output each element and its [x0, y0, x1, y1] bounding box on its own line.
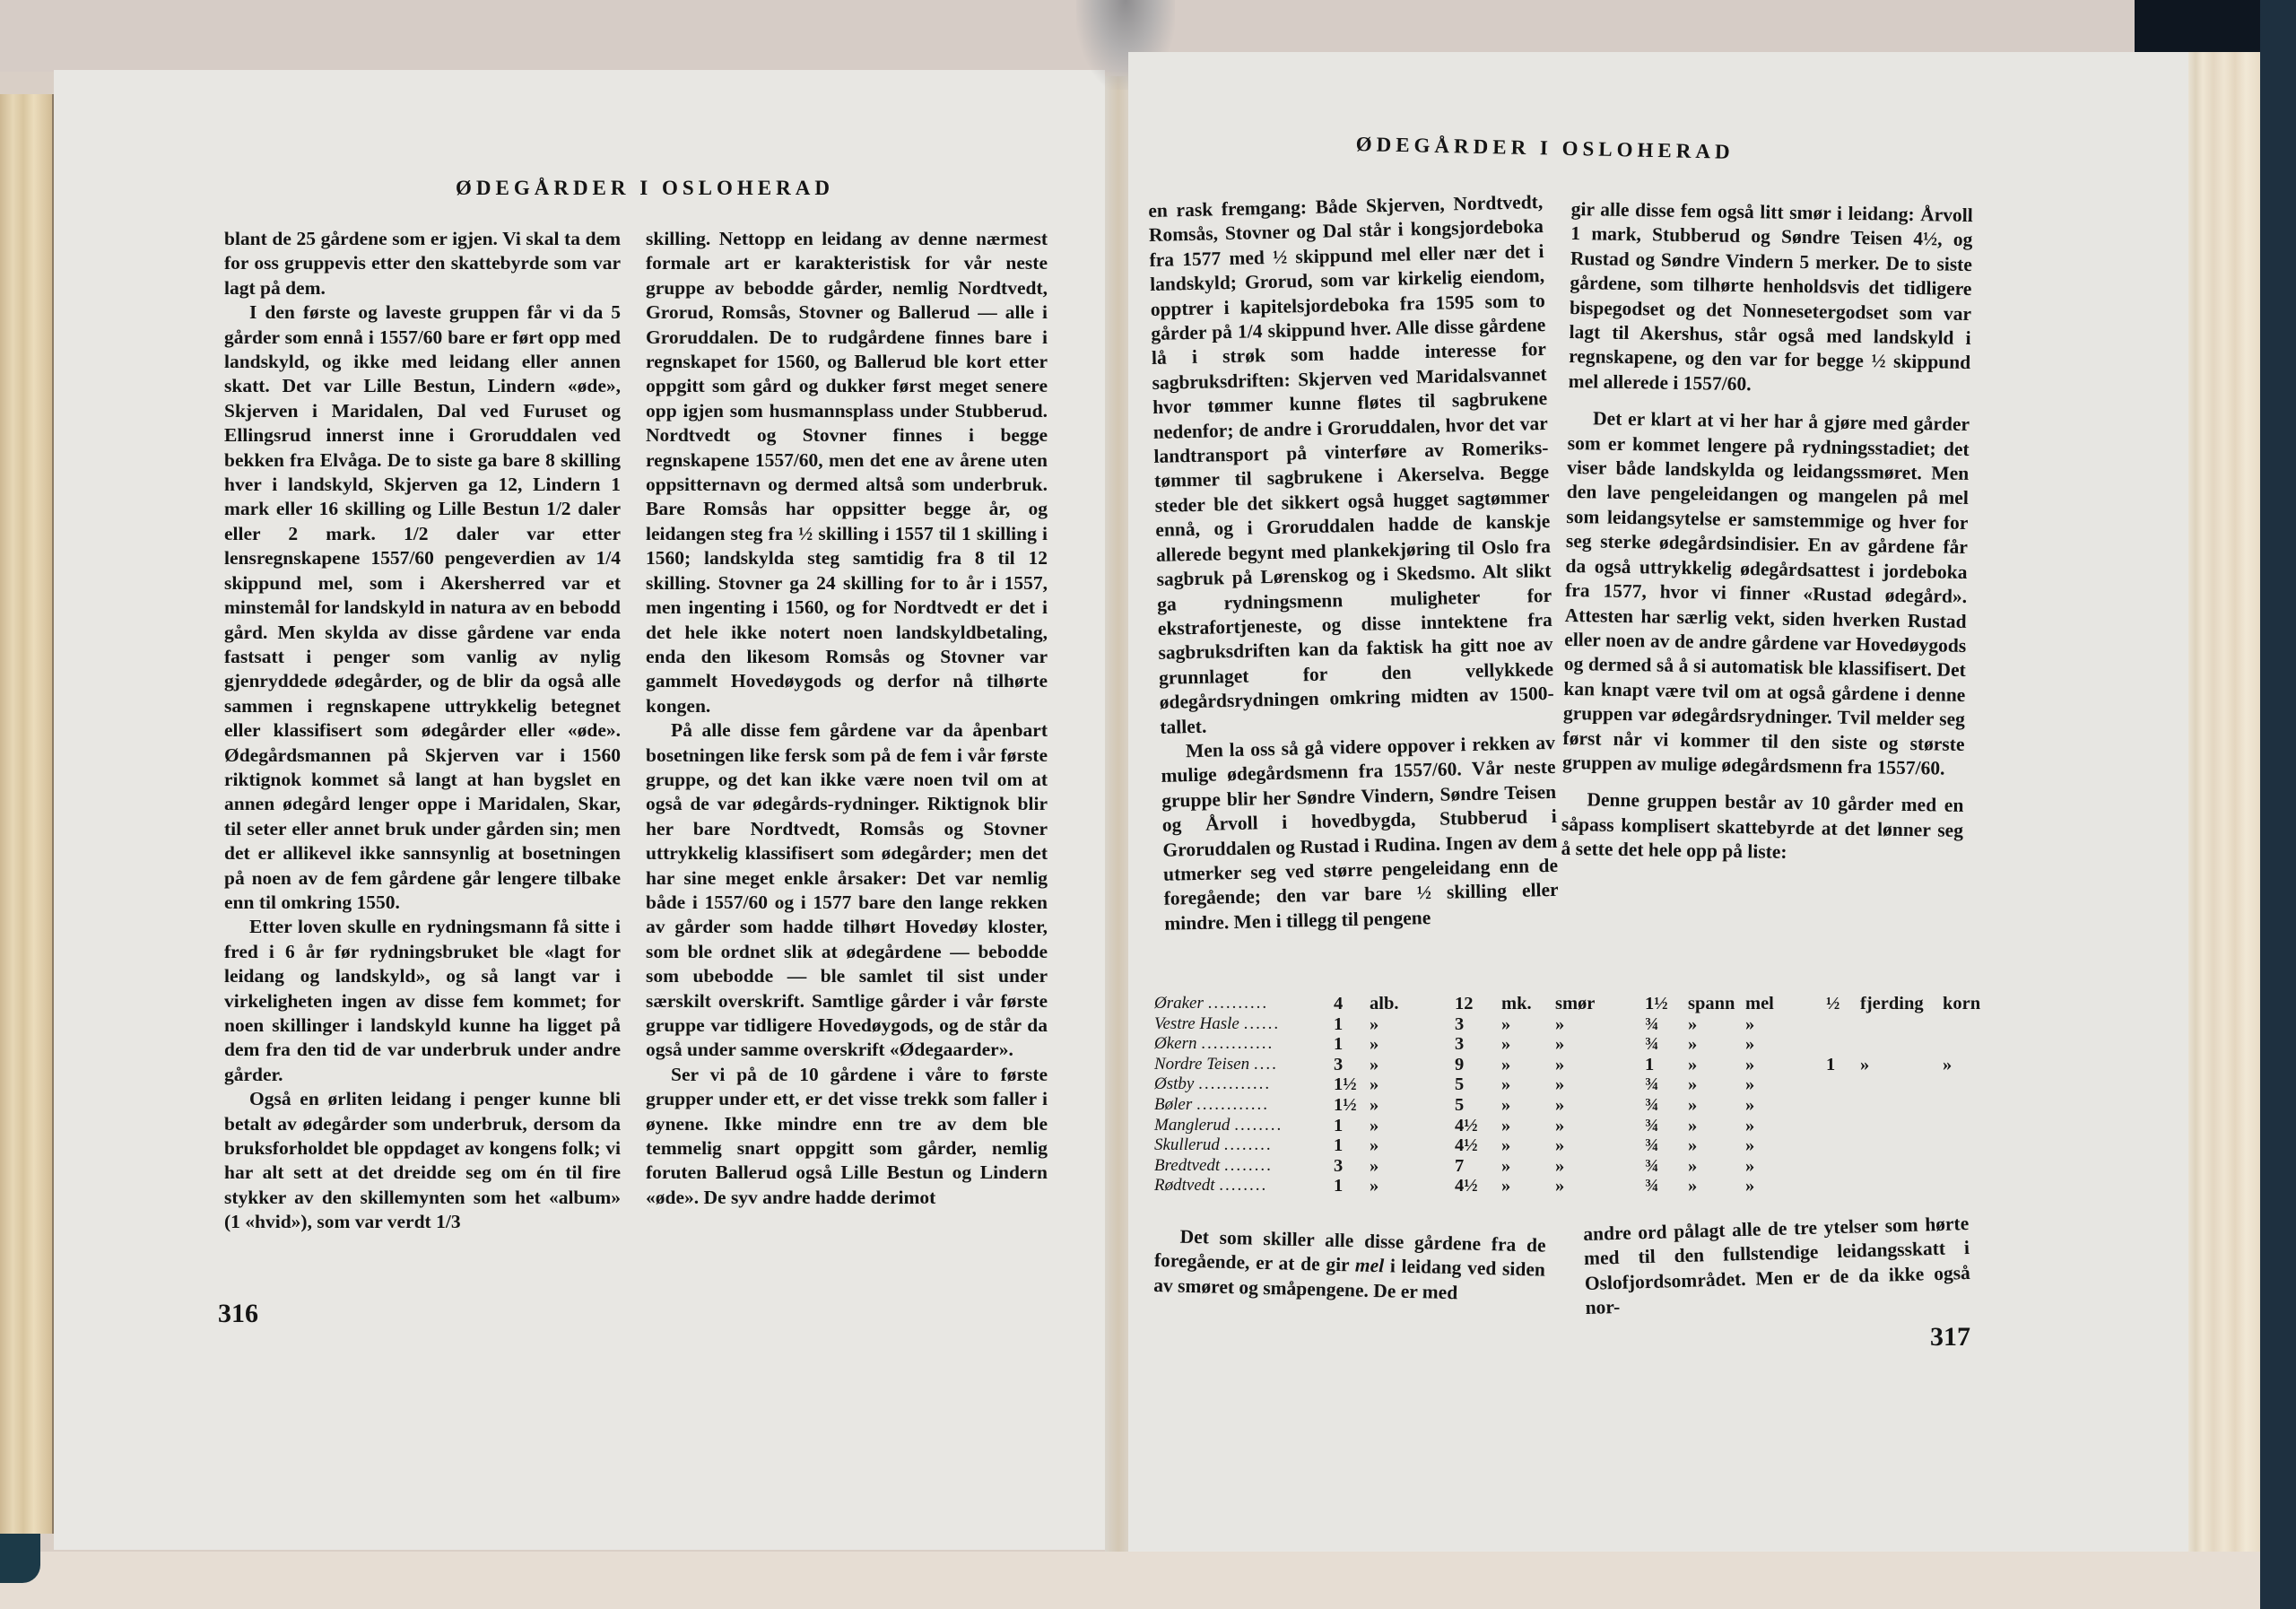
- cell-fj-u: »: [1860, 1055, 1943, 1075]
- table-row: Vestre Hasle ......1»3»»¾»»: [1154, 1014, 1996, 1035]
- cell-sp-u: »: [1688, 1156, 1745, 1177]
- table-row: Økern ............1»3»»¾»»: [1154, 1034, 1996, 1055]
- farm-name: Skullerud ........: [1154, 1135, 1334, 1156]
- leader-dots: ....: [1254, 1055, 1278, 1074]
- cell-sp-u: »: [1688, 1095, 1745, 1116]
- cell-sp-w: »: [1745, 1116, 1826, 1136]
- cell-mk-w: »: [1555, 1055, 1645, 1075]
- cell-sp-w: »: [1745, 1014, 1826, 1035]
- cell-sp-u: »: [1688, 1034, 1745, 1055]
- leader-dots: ........: [1219, 1176, 1267, 1195]
- cell-fj-n: [1826, 1014, 1860, 1035]
- paragraph: Denne gruppen består av 10 gårder med en…: [1561, 787, 1963, 867]
- cell-mk-n: 12: [1455, 994, 1501, 1014]
- page-block-edge-right: [2188, 52, 2260, 1552]
- cell-mk-w: »: [1555, 1074, 1645, 1095]
- cell-fj-u: [1860, 1034, 1943, 1055]
- paragraph: På alle disse fem gårdene var da åpenbar…: [646, 718, 1048, 1063]
- cell-alb-u: »: [1370, 1014, 1455, 1035]
- cell-fj-n: [1826, 1034, 1860, 1055]
- book-cover-corner-bottom-left: [0, 1529, 40, 1583]
- right-page-column-2-after-table: andre ord pålagt alle de tre ytelser som…: [1583, 1212, 1971, 1321]
- cell-sp-n: ¾: [1645, 1116, 1688, 1136]
- farm-label: Øraker: [1154, 994, 1204, 1013]
- cell-mk-w: »: [1555, 1095, 1645, 1116]
- cell-fj-u: fjerding: [1860, 994, 1943, 1014]
- cell-alb-n: 4: [1334, 994, 1370, 1014]
- cell-alb-n: 3: [1334, 1055, 1370, 1075]
- cell-fj-n: [1826, 1095, 1860, 1116]
- cell-fj-n: 1: [1826, 1055, 1860, 1075]
- farm-label: Bredtvedt: [1154, 1156, 1220, 1175]
- cell-mk-u: »: [1501, 1034, 1555, 1055]
- cell-sp-n: ¾: [1645, 1156, 1688, 1177]
- cell-sp-u: »: [1688, 1055, 1745, 1075]
- farm-name: Østby ............: [1154, 1074, 1334, 1095]
- cell-fj-n: [1826, 1116, 1860, 1136]
- cell-sp-u: »: [1688, 1176, 1745, 1196]
- cell-sp-u: spann: [1688, 994, 1745, 1014]
- cell-sp-w: mel: [1745, 994, 1826, 1014]
- cell-sp-n: 1½: [1645, 994, 1688, 1014]
- page-number-right: 317: [1930, 1322, 1970, 1352]
- cell-mk-n: 9: [1455, 1055, 1501, 1075]
- cell-fj-w: [1943, 1176, 1996, 1196]
- cell-fj-w: [1943, 1095, 1996, 1116]
- cell-mk-u: »: [1501, 1055, 1555, 1075]
- cell-mk-u: »: [1501, 1074, 1555, 1095]
- cell-sp-u: »: [1688, 1135, 1745, 1156]
- cell-sp-n: ¾: [1645, 1014, 1688, 1035]
- cell-mk-u: »: [1501, 1014, 1555, 1035]
- cell-mk-w: »: [1555, 1156, 1645, 1177]
- cell-alb-n: 1: [1334, 1034, 1370, 1055]
- cell-sp-n: 1: [1645, 1055, 1688, 1075]
- paragraph: Men la oss så gå videre oppover i rekken…: [1161, 731, 1560, 936]
- background-bottom: [0, 1552, 2296, 1609]
- cell-sp-w: »: [1745, 1156, 1826, 1177]
- cell-sp-n: ¾: [1645, 1074, 1688, 1095]
- cell-fj-w: [1943, 1135, 1996, 1156]
- paragraph: Det er klart at vi her har å gjøre med g…: [1562, 406, 1970, 781]
- leader-dots: ............: [1196, 1095, 1269, 1114]
- cell-mk-w: »: [1555, 1034, 1645, 1055]
- farm-name: Økern ............: [1154, 1034, 1334, 1055]
- cell-sp-u: »: [1688, 1116, 1745, 1136]
- farm-label: Vestre Hasle: [1154, 1014, 1239, 1033]
- right-page-column-2: gir alle disse fem også litt smør i leid…: [1561, 197, 1973, 868]
- cell-alb-n: 1½: [1334, 1095, 1370, 1116]
- leader-dots: ........: [1234, 1116, 1283, 1135]
- farm-label: Bøler: [1154, 1095, 1192, 1114]
- cell-sp-w: »: [1745, 1176, 1826, 1196]
- table-row: Manglerud ........1»4½»»¾»»: [1154, 1116, 1996, 1136]
- cell-fj-u: [1860, 1014, 1943, 1035]
- cell-fj-n: [1826, 1135, 1860, 1156]
- cell-sp-n: ¾: [1645, 1095, 1688, 1116]
- cell-sp-w: »: [1745, 1135, 1826, 1156]
- cell-alb-u: »: [1370, 1095, 1455, 1116]
- table-row: Østby ............1½»5»»¾»»: [1154, 1074, 1996, 1095]
- leader-dots: ............: [1198, 1074, 1271, 1093]
- table-row: Skullerud ........1»4½»»¾»»: [1154, 1135, 1996, 1156]
- page-number-left: 316: [218, 1299, 258, 1329]
- cell-alb-u: »: [1370, 1176, 1455, 1196]
- table-row: Bredtvedt ........3»7»»¾»»: [1154, 1156, 1996, 1177]
- cell-sp-n: ¾: [1645, 1034, 1688, 1055]
- cell-fj-u: [1860, 1176, 1943, 1196]
- farm-label: Manglerud: [1154, 1116, 1230, 1135]
- cell-mk-w: »: [1555, 1176, 1645, 1196]
- cell-mk-n: 3: [1455, 1034, 1501, 1055]
- paragraph: I den første og laveste gruppen får vi d…: [224, 300, 621, 915]
- farm-label: Økern: [1154, 1034, 1196, 1053]
- cell-fj-w: korn: [1943, 994, 1996, 1014]
- farm-label: Nordre Teisen: [1154, 1055, 1249, 1074]
- cell-mk-u: »: [1501, 1095, 1555, 1116]
- cell-mk-u: mk.: [1501, 994, 1555, 1014]
- cell-alb-n: 1: [1334, 1014, 1370, 1035]
- table-row: Bøler ............1½»5»»¾»»: [1154, 1095, 1996, 1116]
- cell-alb-u: »: [1370, 1074, 1455, 1095]
- cell-sp-u: »: [1688, 1074, 1745, 1095]
- paragraph: en rask fremgang: Både Skjerven, Nordtve…: [1148, 190, 1555, 740]
- farm-name: Vestre Hasle ......: [1154, 1014, 1334, 1035]
- cell-sp-w: »: [1745, 1055, 1826, 1075]
- cell-fj-n: [1826, 1074, 1860, 1095]
- right-page-column-1-after-table: Det som skiller alle disse gårdene fra d…: [1153, 1224, 1546, 1308]
- cell-fj-u: [1860, 1074, 1943, 1095]
- cell-mk-n: 5: [1455, 1074, 1501, 1095]
- cell-sp-w: »: [1745, 1074, 1826, 1095]
- farm-name: Bøler ............: [1154, 1095, 1334, 1116]
- table-row: Rødtvedt ........1»4½»»¾»»: [1154, 1176, 1996, 1196]
- cell-alb-n: 3: [1334, 1156, 1370, 1177]
- farm-name: Øraker ..........: [1154, 994, 1334, 1014]
- paragraph: skilling. Nettopp en leidang av denne næ…: [646, 227, 1048, 718]
- cell-alb-n: 1: [1334, 1135, 1370, 1156]
- cell-fj-w: [1943, 1034, 1996, 1055]
- cell-mk-w: smør: [1555, 994, 1645, 1014]
- cell-fj-u: [1860, 1116, 1943, 1136]
- farm-name: Manglerud ........: [1154, 1116, 1334, 1136]
- leader-dots: ............: [1201, 1034, 1274, 1053]
- cell-mk-w: »: [1555, 1014, 1645, 1035]
- leader-dots: ........: [1224, 1156, 1273, 1175]
- cell-alb-u: alb.: [1370, 994, 1455, 1014]
- cell-mk-w: »: [1555, 1135, 1645, 1156]
- cell-fj-w: »: [1943, 1055, 1996, 1075]
- farm-name: Rødtvedt ........: [1154, 1176, 1334, 1196]
- cell-fj-n: [1826, 1156, 1860, 1177]
- cell-fj-w: [1943, 1014, 1996, 1035]
- cell-alb-n: 1: [1334, 1116, 1370, 1136]
- cell-mk-n: 7: [1455, 1156, 1501, 1177]
- cell-mk-n: 4½: [1455, 1135, 1501, 1156]
- emphasis-mel: mel: [1355, 1255, 1385, 1277]
- table-row: Øraker ..........4alb.12mk.smør1½spannme…: [1154, 994, 1996, 1014]
- book-cover-edge: [2260, 0, 2296, 1609]
- cell-mk-u: »: [1501, 1116, 1555, 1136]
- left-page-column-1: blant de 25 gårdene som er igjen. Vi ska…: [224, 227, 621, 1235]
- paragraph: blant de 25 gårdene som er igjen. Vi ska…: [224, 227, 621, 300]
- farm-name: Bredtvedt ........: [1154, 1156, 1334, 1177]
- cell-mk-w: »: [1555, 1116, 1645, 1136]
- left-page-column-2: skilling. Nettopp en leidang av denne næ…: [646, 227, 1048, 1210]
- paragraph: gir alle disse fem også litt smør i leid…: [1569, 197, 1973, 400]
- paragraph: andre ord pålagt alle de tre ytelser som…: [1583, 1212, 1971, 1321]
- cell-sp-n: ¾: [1645, 1176, 1688, 1196]
- cell-mk-u: »: [1501, 1135, 1555, 1156]
- paragraph: Det som skiller alle disse gårdene fra d…: [1153, 1224, 1546, 1308]
- cell-sp-w: »: [1745, 1034, 1826, 1055]
- paragraph: Etter loven skulle en rydningsmann få si…: [224, 915, 621, 1087]
- cell-alb-u: »: [1370, 1116, 1455, 1136]
- cell-fj-u: [1860, 1135, 1943, 1156]
- cell-alb-n: 1½: [1334, 1074, 1370, 1095]
- tax-table-container: Øraker ..........4alb.12mk.smør1½spannme…: [1154, 994, 1996, 1196]
- cell-fj-n: ½: [1826, 994, 1860, 1014]
- cell-mk-n: 3: [1455, 1014, 1501, 1035]
- cell-alb-n: 1: [1334, 1176, 1370, 1196]
- cell-fj-n: [1826, 1176, 1860, 1196]
- right-page-column-1: en rask fremgang: Både Skjerven, Nordtve…: [1148, 190, 1560, 936]
- table-row: Nordre Teisen ....3»9»»1»»1»»: [1154, 1055, 1996, 1075]
- cell-fj-u: [1860, 1156, 1943, 1177]
- running-head-left: ØDEGÅRDER I OSLOHERAD: [456, 177, 834, 200]
- cell-fj-w: [1943, 1156, 1996, 1177]
- tax-table: Øraker ..........4alb.12mk.smør1½spannme…: [1154, 994, 1996, 1196]
- cell-fj-w: [1943, 1074, 1996, 1095]
- leader-dots: ........: [1224, 1135, 1273, 1154]
- cell-mk-n: 4½: [1455, 1116, 1501, 1136]
- cell-alb-u: »: [1370, 1156, 1455, 1177]
- cell-mk-u: »: [1501, 1156, 1555, 1177]
- cell-fj-u: [1860, 1095, 1943, 1116]
- farm-name: Nordre Teisen ....: [1154, 1055, 1334, 1075]
- farm-label: Rødtvedt: [1154, 1176, 1215, 1195]
- cell-sp-n: ¾: [1645, 1135, 1688, 1156]
- cell-mk-n: 5: [1455, 1095, 1501, 1116]
- leader-dots: ..........: [1208, 994, 1269, 1013]
- cell-sp-w: »: [1745, 1095, 1826, 1116]
- paragraph: Også en ørliten leidang i penger kunne b…: [224, 1087, 621, 1234]
- cell-mk-u: »: [1501, 1176, 1555, 1196]
- cell-alb-u: »: [1370, 1055, 1455, 1075]
- cell-alb-u: »: [1370, 1034, 1455, 1055]
- farm-label: Østby: [1154, 1074, 1194, 1093]
- leader-dots: ......: [1244, 1014, 1281, 1033]
- paragraph: Ser vi på de 10 gårdene i våre to første…: [646, 1063, 1048, 1210]
- cell-fj-w: [1943, 1116, 1996, 1136]
- farm-label: Skullerud: [1154, 1135, 1220, 1154]
- cell-sp-u: »: [1688, 1014, 1745, 1035]
- page-block-edge-left: [0, 94, 54, 1534]
- cell-mk-n: 4½: [1455, 1176, 1501, 1196]
- cell-alb-u: »: [1370, 1135, 1455, 1156]
